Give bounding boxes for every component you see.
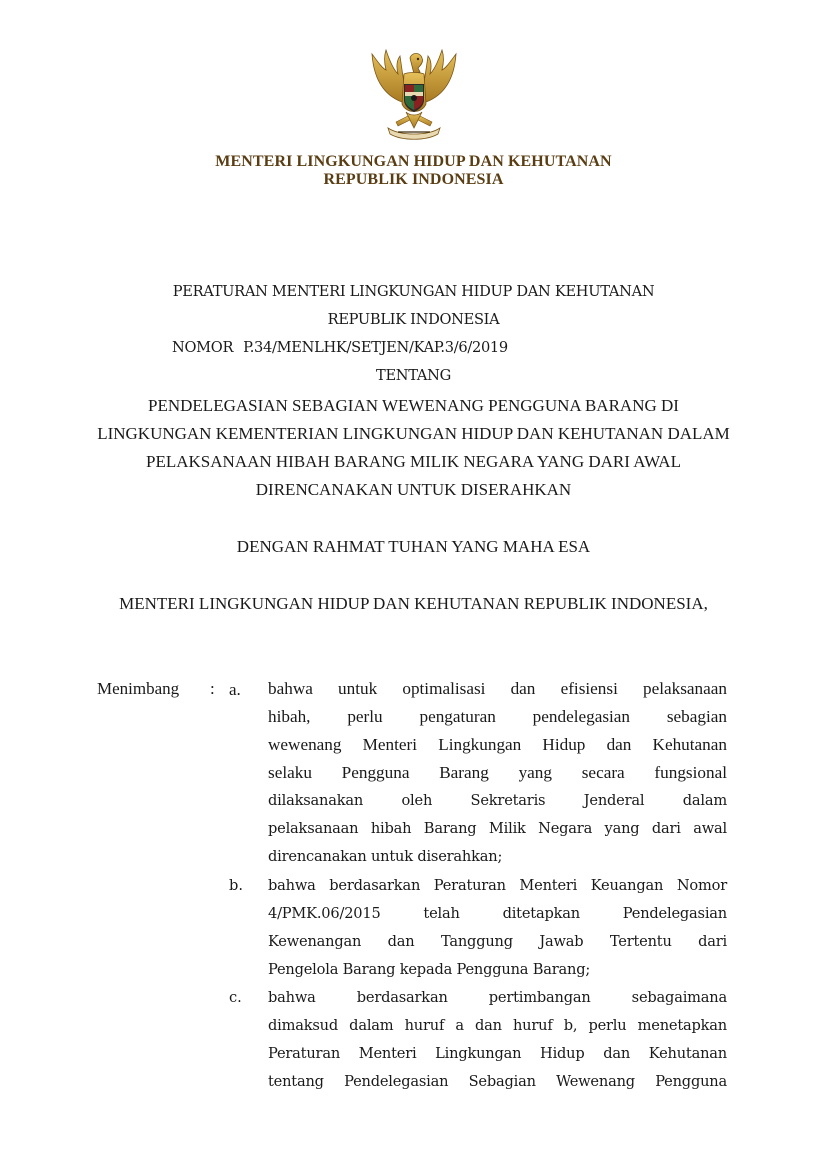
tentang-label: TENTANG <box>0 367 827 384</box>
text-line: Pengelola Barang kepada Pengguna Barang; <box>268 956 727 984</box>
item-letter-a: a. <box>229 680 241 700</box>
menimbang-colon: : <box>210 679 215 699</box>
item-letter-c: c. <box>229 989 242 1006</box>
consideration-c: bahwa berdasarkan pertimbangan sebagaima… <box>268 984 727 1096</box>
subject-line: LINGKUNGAN KEMENTERIAN LINGKUNGAN HIDUP … <box>0 424 827 444</box>
text-line: Kewenangan dan Tanggung Jawab Tertentu d… <box>268 928 727 956</box>
text-line: bahwa berdasarkan Peraturan Menteri Keua… <box>268 872 727 900</box>
enacting-authority: MENTERI LINGKUNGAN HIDUP DAN KEHUTANAN R… <box>0 594 827 614</box>
letterhead-ministry-name: MENTERI LINGKUNGAN HIDUP DAN KEHUTANAN <box>0 153 827 171</box>
nomor-label: NOMOR <box>172 339 233 356</box>
subject-line: DIRENCANAKAN UNTUK DISERAHKAN <box>0 480 827 500</box>
regulation-country: REPUBLIK INDONESIA <box>0 311 827 328</box>
text-line: tentang Pendelegasian Sebagian Wewenang … <box>268 1068 727 1096</box>
text-line: 4/PMK.06/2015 telah ditetapkan Pendelega… <box>268 900 727 928</box>
subject-line: PELAKSANAAN HIBAH BARANG MILIK NEGARA YA… <box>0 452 827 472</box>
item-letter-b: b. <box>229 877 243 894</box>
garuda-emblem-icon <box>366 44 462 146</box>
menimbang-label: Menimbang <box>97 679 179 699</box>
regulation-title: PERATURAN MENTERI LINGKUNGAN HIDUP DAN K… <box>0 283 827 300</box>
nomor-value: P.34/MENLHK/SETJEN/KAP.3/6/2019 <box>243 339 508 356</box>
consideration-b: bahwa berdasarkan Peraturan Menteri Keua… <box>268 872 727 984</box>
letterhead-country: REPUBLIK INDONESIA <box>0 171 827 189</box>
text-line: wewenang Menteri Lingkungan Hidup dan Ke… <box>268 731 727 759</box>
text-line: dimaksud dalam huruf a dan huruf b, perl… <box>268 1012 727 1040</box>
text-line: dilaksanakan oleh Sekretaris Jenderal da… <box>268 787 727 815</box>
subject-line: PENDELEGASIAN SEBAGIAN WEWENANG PENGGUNA… <box>0 396 827 416</box>
consideration-a-part1: bahwa untuk optimalisasi dan efisiensi p… <box>268 675 727 787</box>
text-line: hibah, perlu pengaturan pendelegasian se… <box>268 703 727 731</box>
text-line: pelaksanaan hibah Barang Milik Negara ya… <box>268 815 727 843</box>
text-line: selaku Pengguna Barang yang secara fungs… <box>268 759 727 787</box>
invocation: DENGAN RAHMAT TUHAN YANG MAHA ESA <box>0 537 827 557</box>
text-line: direncanakan untuk diserahkan; <box>268 843 727 871</box>
consideration-a-part2: dilaksanakan oleh Sekretaris Jenderal da… <box>268 787 727 871</box>
text-line: bahwa untuk optimalisasi dan efisiensi p… <box>268 675 727 703</box>
regulation-number: NOMORP.34/MENLHK/SETJEN/KAP.3/6/2019 <box>172 339 508 356</box>
text-line: Peraturan Menteri Lingkungan Hidup dan K… <box>268 1040 727 1068</box>
text-line: bahwa berdasarkan pertimbangan sebagaima… <box>268 984 727 1012</box>
